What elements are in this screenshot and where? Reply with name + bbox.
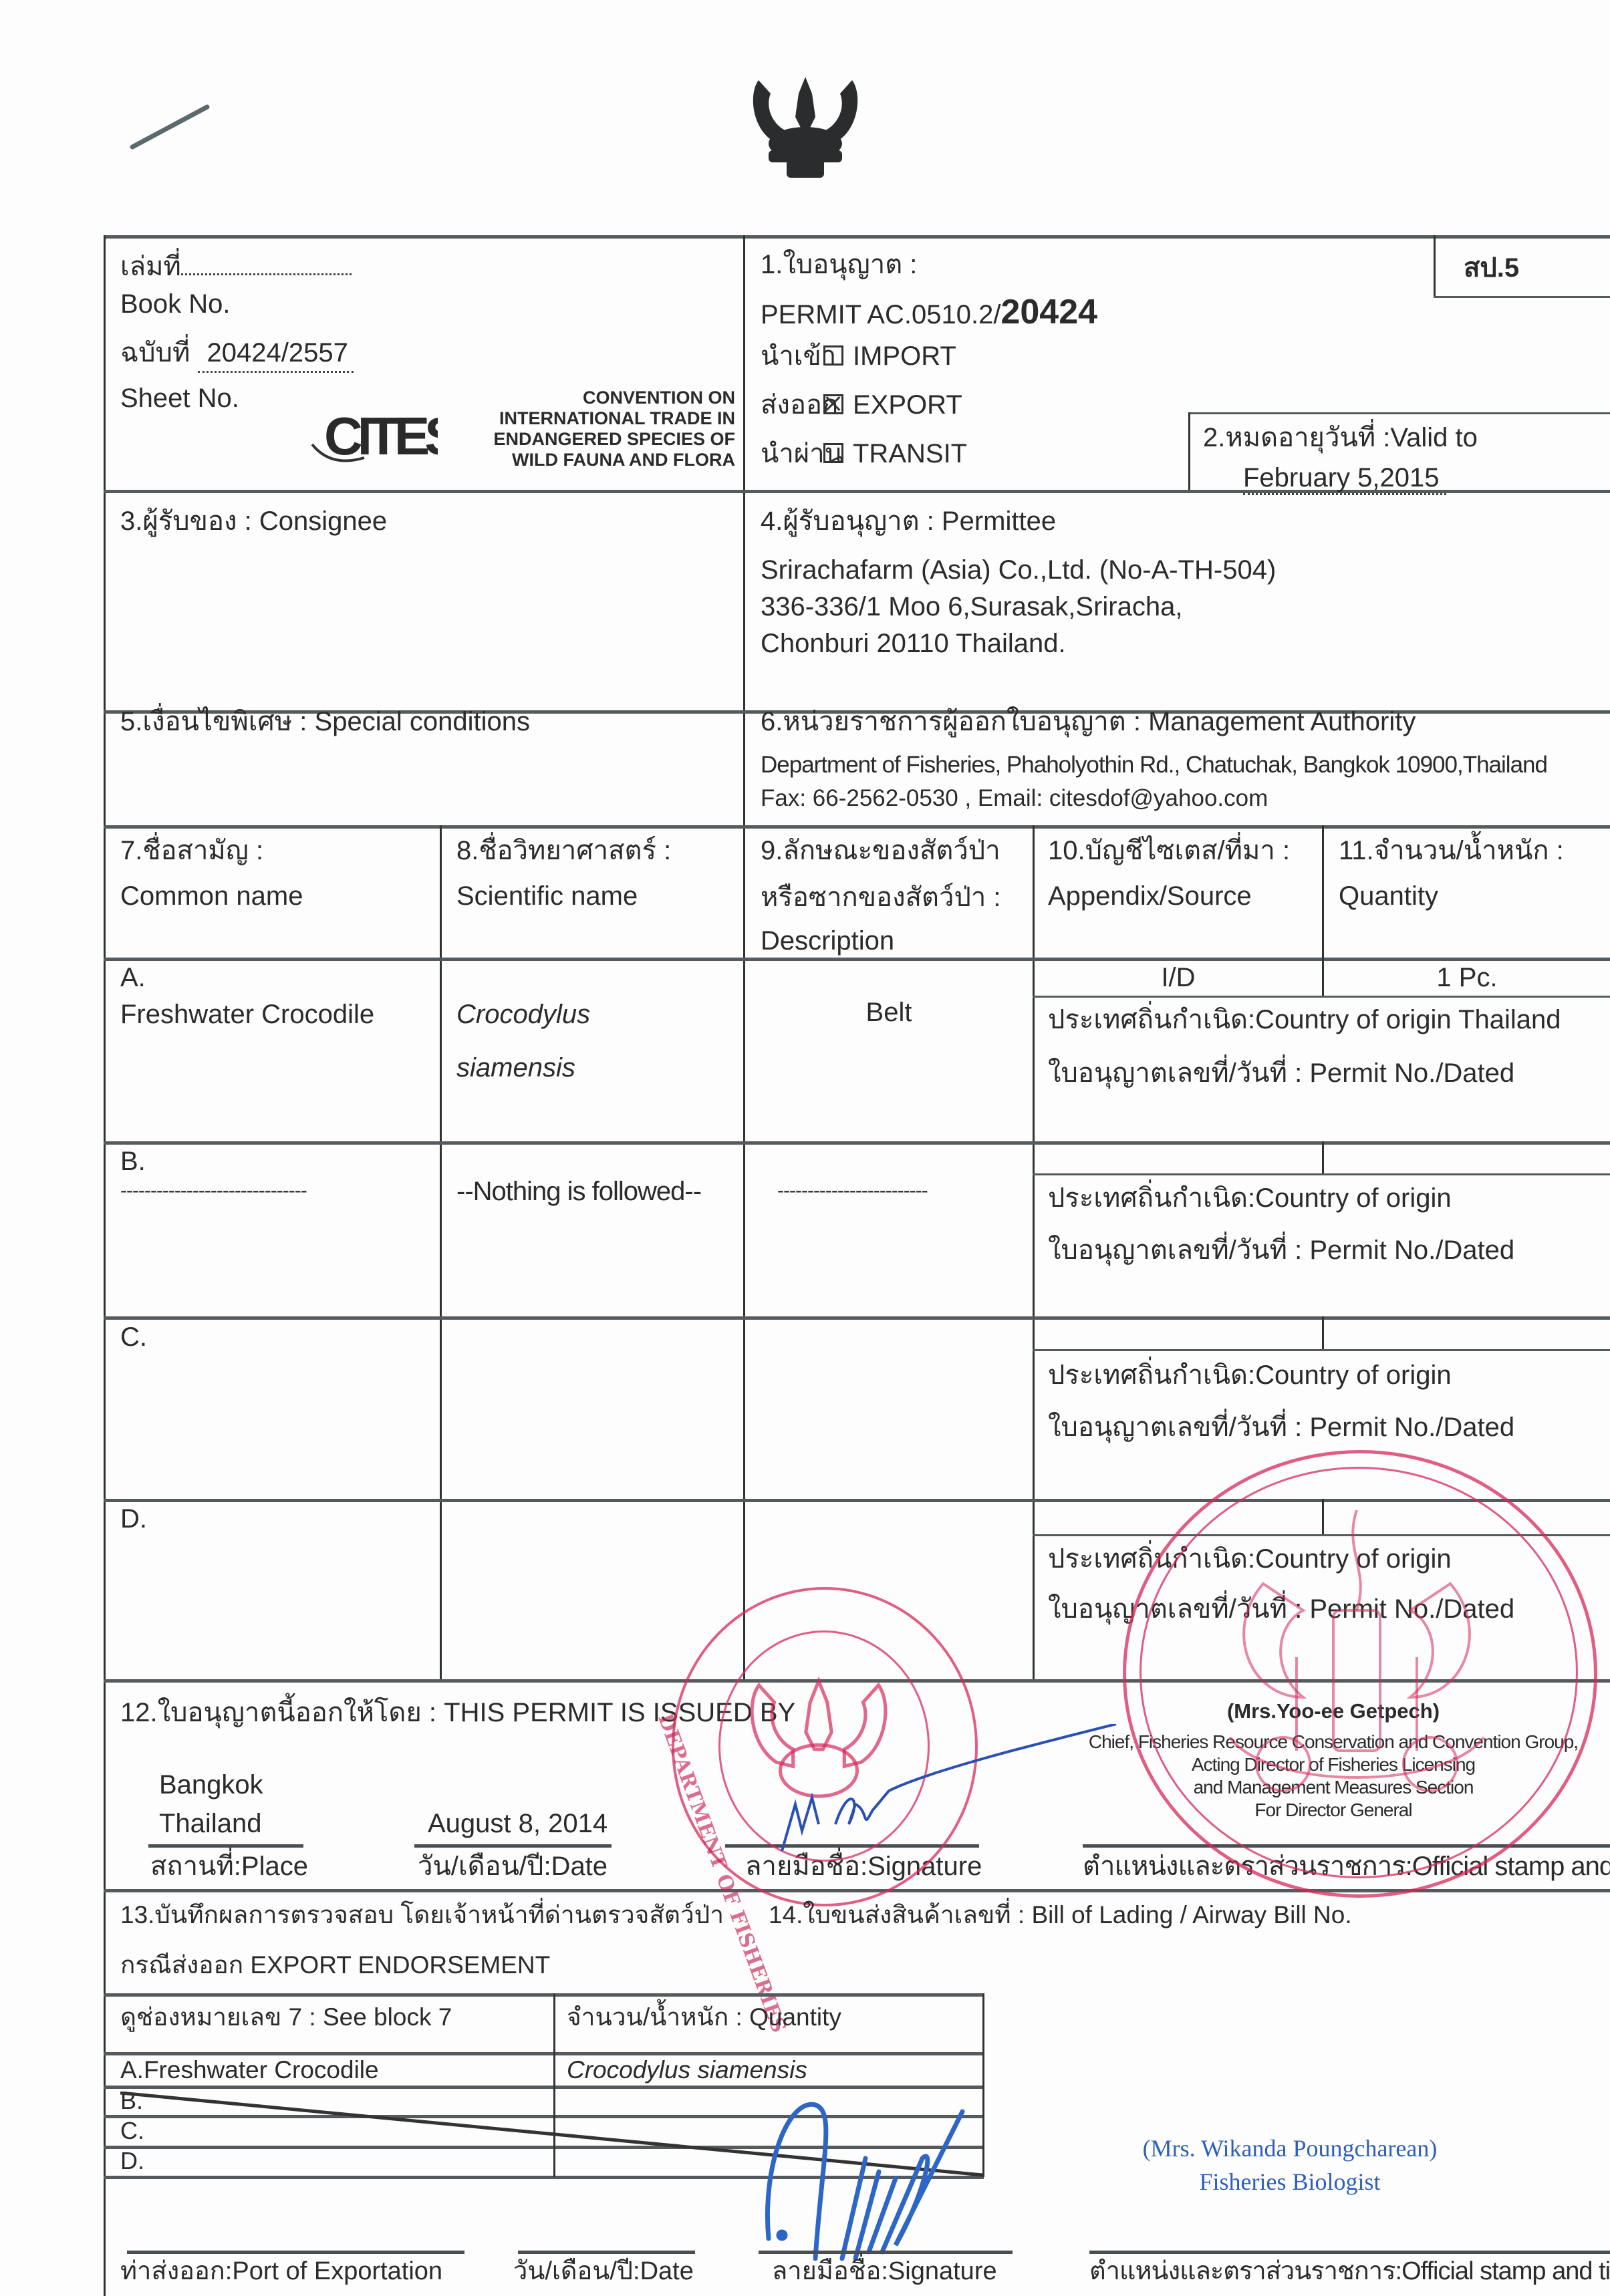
form-code: สป.5 (1464, 253, 1519, 283)
validity-value: February 5,2015 (1243, 462, 1446, 495)
header-description-th2: หรือซากของสัตว์ป่า : (761, 882, 1001, 913)
permittee-line-1: Srirachafarm (Asia) Co.,Ltd. (No-A-TH-50… (761, 555, 1276, 585)
endorsement-label-1: 13.บันทึกผลการตรวจสอบ โดยเจ้าหน้าที่ด่าน… (120, 1901, 724, 1930)
pen-mark (127, 100, 221, 154)
garuda-emblem-icon (745, 67, 865, 180)
form-border-top (104, 235, 1610, 239)
divider (1033, 996, 1610, 998)
common-name: ------------------------------- (120, 1179, 307, 1203)
authority-label: 6.หน่วยราชการผู้ออกใบอนุญาต : Management… (761, 706, 1416, 737)
divider (104, 2052, 984, 2055)
cites-line-2: INTERNATIONAL TRADE IN (454, 408, 735, 429)
cites-line-3: ENDANGERED SPECIES OF (454, 429, 735, 450)
endorsement-date-caption: วัน/เดือน/ปี:Date (513, 2257, 694, 2287)
divider (1033, 1173, 1610, 1175)
cites-line-1: CONVENTION ON (454, 388, 735, 408)
divider (104, 825, 1610, 829)
origin: ประเทศถิ่นกำเนิด:Country of origin (1048, 1183, 1452, 1213)
divider (104, 1141, 1610, 1145)
place-caption: สถานที่:Place (150, 1851, 308, 1882)
authority-line-1: Department of Fisheries, Phaholyothin Rd… (761, 752, 1547, 778)
sheet-number: 20424/2557 (198, 337, 354, 373)
cites-logo-icon: CITES (304, 404, 438, 484)
svg-text:CITES: CITES (324, 406, 438, 466)
endorsement-signature-caption: ลายมือชื่อ:Signature (772, 2257, 997, 2287)
validity-label: 2.หมดอายุวันที่ :Valid to (1203, 422, 1478, 453)
endorsement-label-2: กรณีส่งออก EXPORT ENDORSEMENT (120, 1951, 550, 1980)
issue-date: August 8, 2014 (428, 1808, 608, 1839)
endorsement-quantity-header: จำนวน/น้ำหนัก : Quantity (567, 2003, 841, 2032)
option-import: นำเข้าIMPORT (761, 341, 956, 372)
endorsement-item: A.Freshwater Crocodile (120, 2056, 379, 2085)
sheet-label-en: Sheet No. (120, 383, 239, 414)
cites-line-4: WILD FAUNA AND FLORA (454, 450, 735, 470)
sheet-label-th: ฉบับที่ 20424/2557 (120, 337, 354, 373)
header-quantity-th: 11.จำนวน/น้ำหนัก : (1339, 835, 1564, 866)
date-caption: วัน/เดือน/ปี:Date (418, 1851, 608, 1882)
header-scientific-name-en: Scientific name (456, 881, 638, 911)
row-letter: C. (120, 1322, 147, 1352)
consignee-label: 3.ผู้รับของ : Consignee (120, 506, 387, 537)
form-border-left (104, 235, 106, 2296)
description: ------------------------- (777, 1179, 928, 1203)
bill-of-lading-label: 14.ใบขนส่งสินค้าเลขที่ : Bill of Lading … (769, 1901, 1352, 1930)
permit-dated: ใบอนุญาตเลขที่/วันที่ : Permit No./Dated (1048, 1058, 1514, 1089)
book-label-en: Book No. (120, 289, 231, 319)
divider (1089, 2251, 1610, 2254)
permit-label: 1.ใบอนุญาต : (761, 249, 917, 280)
cites-caption: CONVENTION ON INTERNATIONAL TRADE IN END… (454, 388, 735, 470)
inspector-name: (Mrs. Wikanda Poungcharean) (1089, 2135, 1490, 2162)
header-common-name-en: Common name (120, 881, 303, 911)
header-appendix-en: Appendix/Source (1048, 881, 1252, 911)
book-label-th: เล่มที่ (120, 249, 352, 282)
header-description-en: Description (761, 925, 894, 956)
place-line-2: Thailand (159, 1808, 261, 1839)
divider (1188, 412, 1610, 414)
divider (1033, 1349, 1610, 1351)
thai-ornament-stamp-icon (1190, 1497, 1524, 1831)
option-export: ส่งออกEXPORT (761, 390, 962, 420)
permittee-label: 4.ผู้รับอนุญาต : Permittee (761, 506, 1056, 537)
common-name: Freshwater Crocodile (120, 999, 374, 1030)
inspector-title: Fisheries Biologist (1089, 2168, 1490, 2196)
divider (104, 1316, 1610, 1320)
row-letter: D. (120, 1503, 147, 1534)
authority-line-2: Fax: 66-2562-0530 , Email: citesdof@yaho… (761, 785, 1268, 812)
scientific-name: --Nothing is followed-- (456, 1176, 701, 1207)
export-checkbox[interactable] (823, 394, 843, 414)
origin: ประเทศถิ่นกำเนิด:Country of origin (1048, 1360, 1452, 1391)
inspector-signature (749, 2085, 1016, 2285)
divider (104, 958, 1610, 961)
divider (1322, 1316, 1324, 1350)
divider (414, 1844, 612, 1848)
transit-checkbox[interactable] (823, 443, 843, 463)
permittee-line-2: 336-336/1 Moo 6,Surasak,Sriracha, (761, 591, 1182, 622)
divider (518, 2251, 695, 2254)
permittee-line-3: Chonburi 20110 Thailand. (761, 628, 1066, 659)
quantity: 1 Pc. (1324, 962, 1610, 993)
endorsement-quantity: Crocodylus siamensis (567, 2056, 807, 2085)
see-block-7-header: ดูช่องหมายเลข 7 : See block 7 (120, 2003, 452, 2032)
divider (127, 2251, 464, 2254)
divider (104, 1993, 984, 1997)
divider (1188, 412, 1190, 492)
divider (1033, 825, 1035, 1681)
description: Belt (745, 997, 1033, 1028)
divider (759, 2251, 1013, 2254)
divider (1434, 235, 1436, 297)
scientific-name-2: siamensis (456, 1052, 575, 1083)
scientific-name: Crocodylus (456, 999, 590, 1030)
permit-dated: ใบอนุญาตเลขที่/วันที่ : Permit No./Dated (1048, 1412, 1514, 1443)
permit-dated: ใบอนุญาตเลขที่/วันที่ : Permit No./Dated (1048, 1235, 1514, 1266)
origin: ประเทศถิ่นกำเนิด:Country of origin Thail… (1048, 1004, 1561, 1035)
special-conditions-label: 5.เงื่อนไขพิเศษ : Special conditions (120, 706, 530, 737)
issuer-signature (755, 1724, 1129, 1864)
divider (1434, 296, 1610, 298)
header-common-name-th: 7.ชื่อสามัญ : (120, 835, 263, 866)
import-checkbox[interactable] (823, 345, 843, 366)
row-letter: A. (120, 962, 146, 993)
appendix-source: I/D (1035, 962, 1322, 993)
permit-number: PERMIT AC.0510.2/20424 (761, 293, 1097, 333)
port-caption: ท่าส่งออก:Port of Exportation (120, 2257, 442, 2287)
divider (440, 825, 442, 1681)
divider (1322, 825, 1324, 959)
divider (148, 1844, 303, 1848)
header-quantity-en: Quantity (1339, 881, 1438, 911)
divider (1322, 1141, 1324, 1175)
option-transit: นำผ่านTRANSIT (761, 438, 967, 469)
header-scientific-name-th: 8.ชื่อวิทยาศาสตร์ : (456, 835, 671, 866)
header-description-th: 9.ลักษณะของสัตว์ป่า (761, 835, 1000, 866)
row-letter: B. (120, 1146, 146, 1177)
header-appendix-th: 10.บัญชีไซเตส/ที่มา : (1048, 835, 1290, 866)
endorsement-stamp-caption: ตำแหน่งและตราส่วนราชการ:Official stamp a… (1089, 2257, 1610, 2287)
place-line-1: Bangkok (159, 1769, 263, 1800)
